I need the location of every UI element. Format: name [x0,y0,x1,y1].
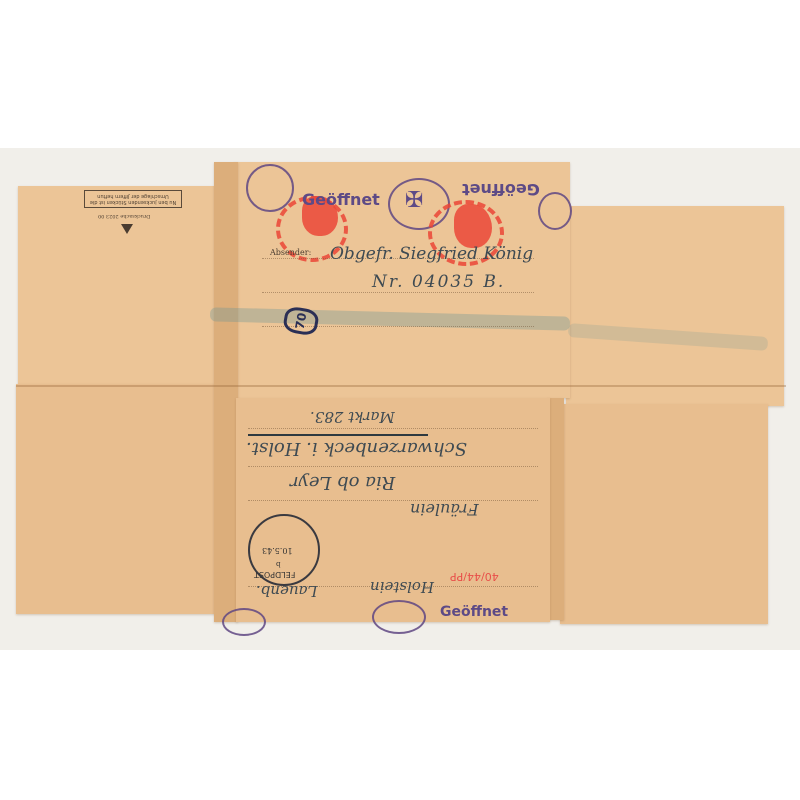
addressee-line1: Fräulein [410,500,479,519]
left-lower-panel [16,384,228,614]
censor-stamp-right [538,192,572,230]
eagle-icon: ✠ [405,188,423,213]
bottom-script-right: Holstein [370,578,434,596]
right-lower-panel [560,404,768,624]
fold-flap-left [214,162,238,622]
printer-logo-icon [121,224,133,234]
addressee-line2: Ria ob Leyr [290,472,395,493]
red-pencil-mark: 40/44/PP [450,570,499,583]
censor-stamp-bottom [372,600,426,634]
sender-name: Obgefr. Siegfried König [330,244,533,264]
postmark-text: FELDPOST [254,570,295,579]
censor-label-bottom: Geöffnet [440,604,508,620]
right-upper-panel [566,206,784,406]
postmark-date: 10.5.43 [262,546,293,555]
address-line [262,292,534,293]
print-code: Drucksache 2023 00 [98,213,150,219]
underline [248,434,428,436]
addressee-line3: Schwarzenbeck i. Holst. [246,438,467,459]
postmark-letter: b [276,560,280,568]
sender-label: Absender: [270,248,311,257]
bottom-script-left: Lauenb. [256,582,317,600]
censor-label: Geöffnet [302,190,380,209]
sender-number: Nr. 04035 B. [372,272,505,292]
fold-flap-right [548,398,564,620]
censor-label-upside: Geöffnet [462,180,540,199]
addressee-line4: Markt 283. [310,408,395,426]
address-line [248,466,538,467]
address-line [248,500,538,501]
horizontal-crease [16,385,786,387]
address-line [248,428,538,429]
printed-notice-box: Nu ben jucksenden Stücken ist die Umschl… [84,190,182,208]
red-eagle-mark-2 [454,204,492,248]
censor-stamp-bottom-left [222,608,266,636]
